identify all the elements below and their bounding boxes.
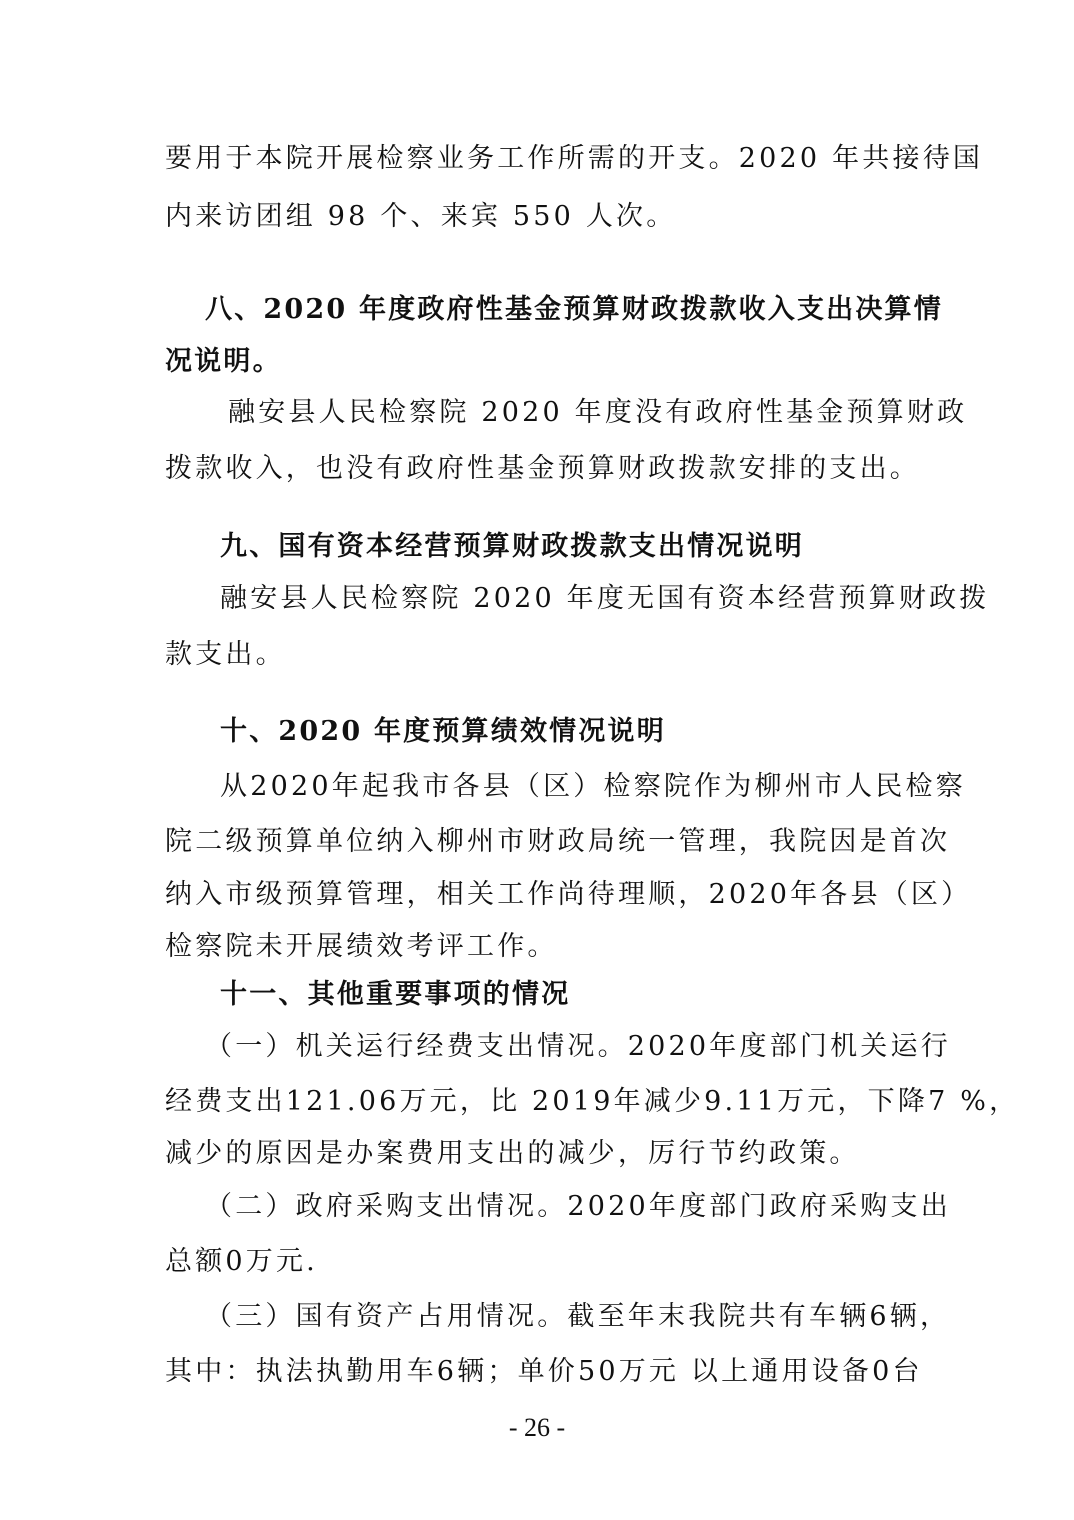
text-line: 融安县人民检察院 2020 年度没有政府性基金预算财政 [228, 396, 967, 430]
text-line: 院二级预算单位纳入柳州市财政局统一管理，我院因是首次 [165, 825, 950, 859]
section-heading-11: 十一、其他重要事项的情况 [220, 978, 570, 1012]
text-line: 内来访团组 98 个、来宾 550 人次。 [165, 200, 676, 234]
text-line: 纳入市级预算管理，相关工作尚待理顺，2020年各县（区） [165, 878, 971, 912]
section-heading-8-cont: 况说明。 [165, 345, 282, 379]
section-heading-10: 十、2020 年度预算绩效情况说明 [220, 715, 666, 749]
text-line: （二）政府采购支出情况。2020年度部门政府采购支出 [205, 1190, 951, 1224]
text-line: 拨款收入，也没有政府性基金预算财政拨款安排的支出。 [165, 452, 920, 486]
text-line: 经费支出121.06万元，比 2019年减少9.11万元，下降7 %， [165, 1085, 1019, 1119]
text-line: （一）机关运行经费支出情况。2020年度部门机关运行 [205, 1030, 951, 1064]
text-line: 融安县人民检察院 2020 年度无国有资本经营预算财政拨 [220, 582, 989, 616]
section-heading-8: 八、2020 年度政府性基金预算财政拨款收入支出决算情 [205, 293, 943, 327]
text-line: 要用于本院开展检察业务工作所需的开支。2020 年共接待国 [165, 142, 983, 176]
text-line: 从2020年起我市各县（区）检察院作为柳州市人民检察 [220, 770, 966, 804]
text-line: 款支出。 [165, 638, 286, 672]
text-line: 其中：执法执勤用车6辆；单价50万元 以上通用设备0台 [165, 1355, 923, 1389]
text-line: （三）国有资产占用情况。截至年末我院共有车辆6辆， [205, 1300, 950, 1334]
text-line: 总额0万元. [165, 1245, 318, 1279]
section-heading-9: 九、国有资本经营预算财政拨款支出情况说明 [220, 530, 804, 564]
page-number: - 26 - [0, 1412, 1074, 1444]
document-page: 要用于本院开展检察业务工作所需的开支。2020 年共接待国 内来访团组 98 个… [0, 0, 1074, 1520]
text-line: 检察院未开展绩效考评工作。 [165, 930, 558, 964]
text-line: 减少的原因是办案费用支出的减少，厉行节约政策。 [165, 1137, 860, 1171]
